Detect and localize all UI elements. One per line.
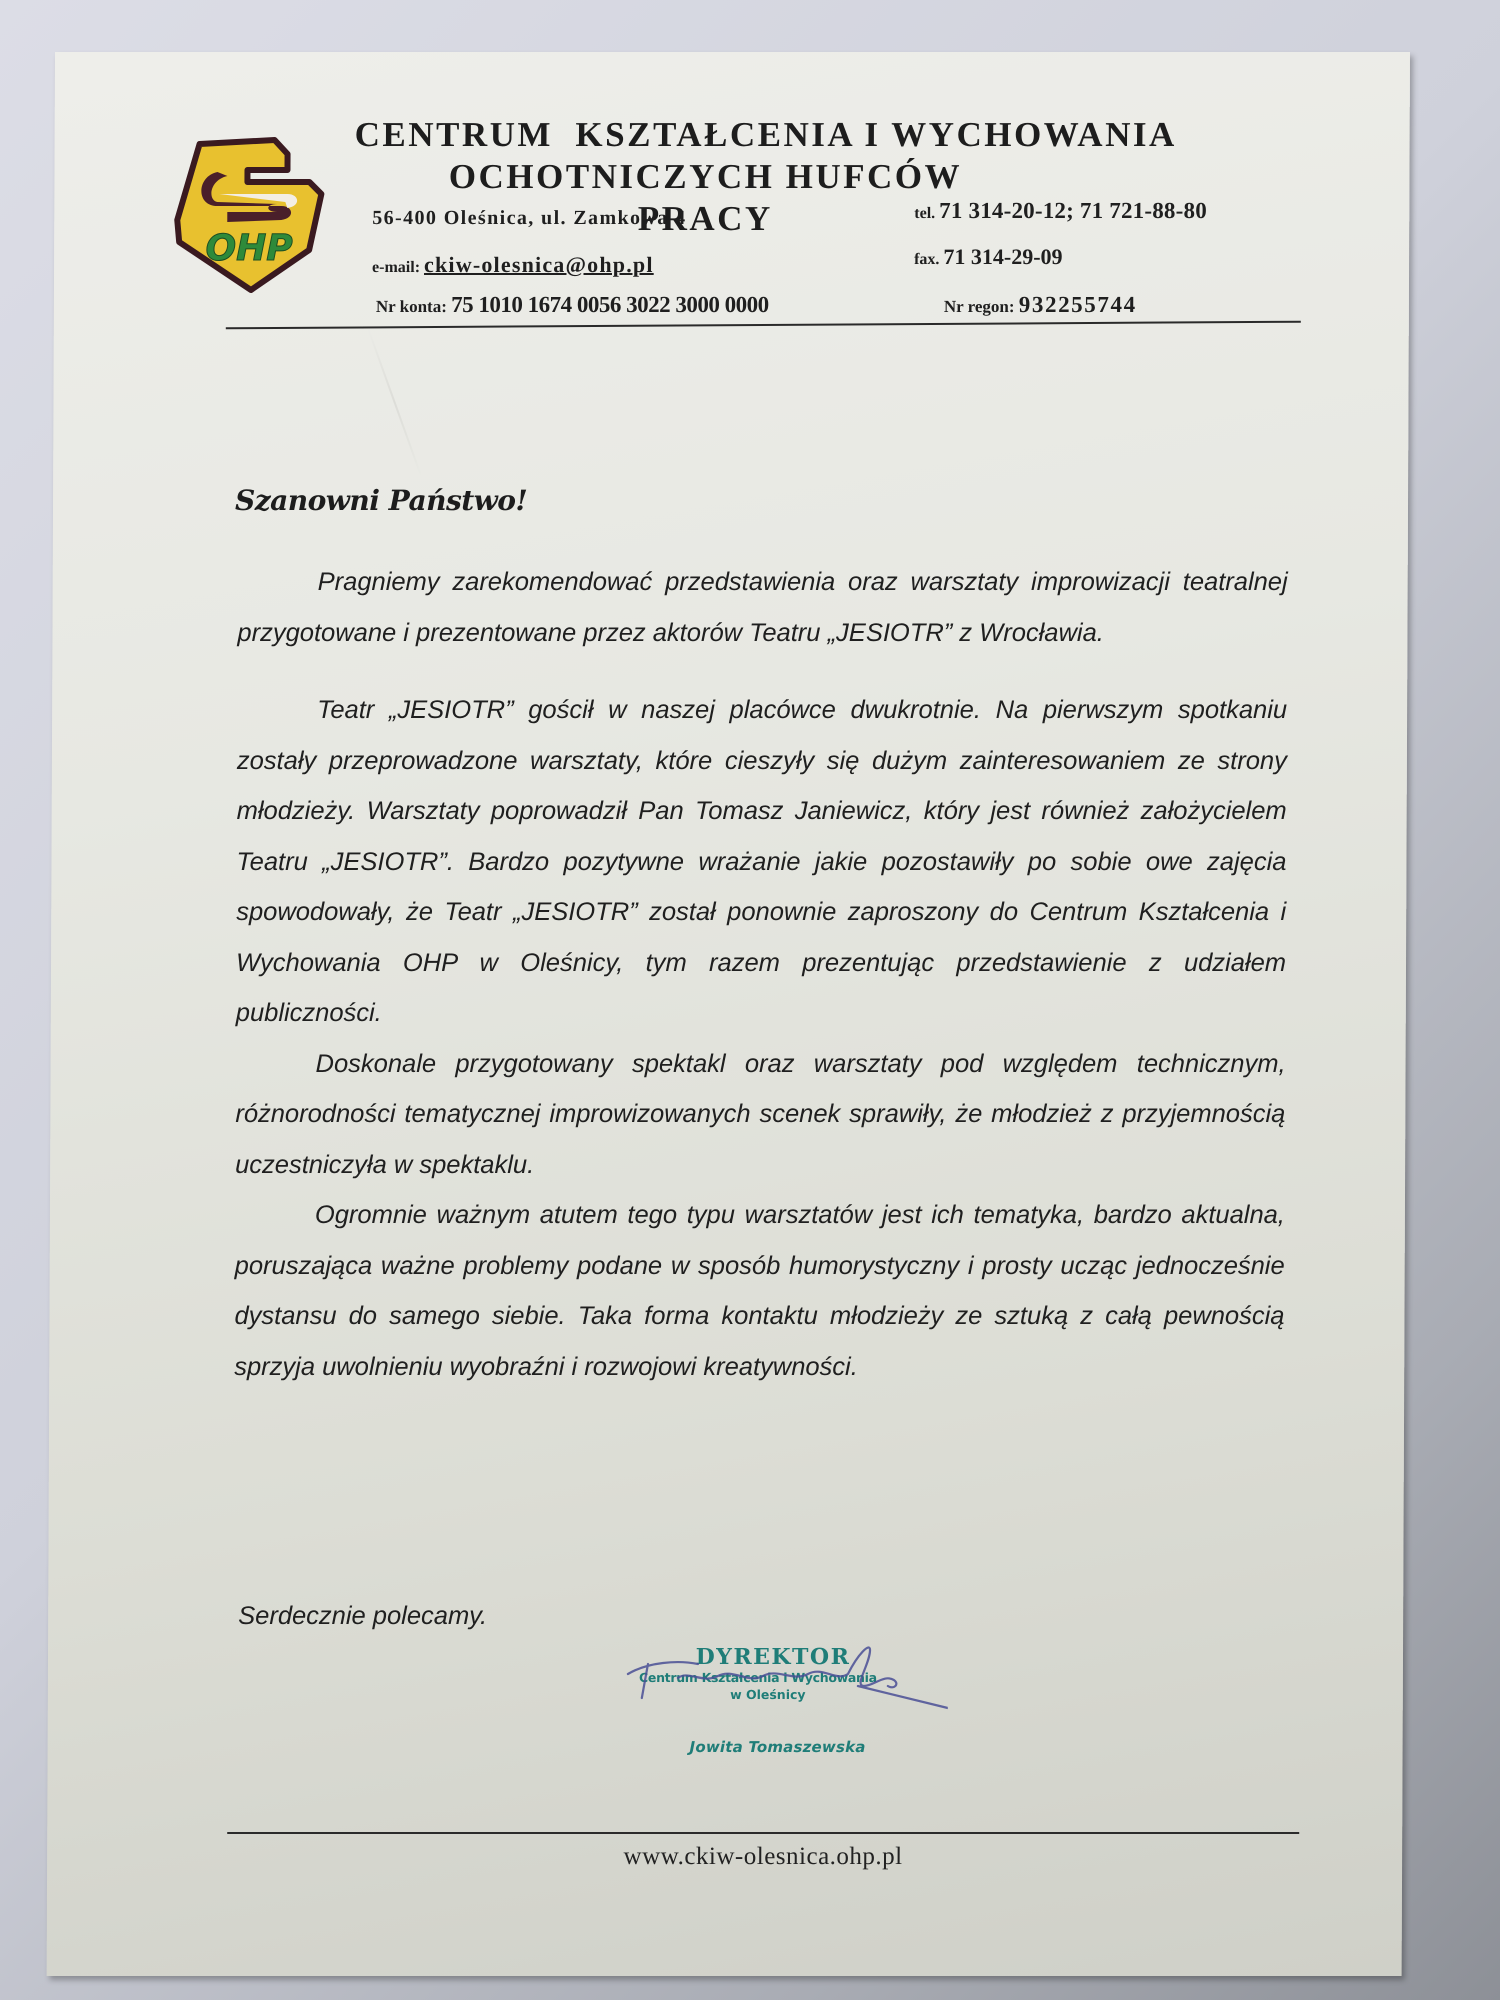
closing-phrase: Serdecznie polecamy. <box>238 1602 487 1631</box>
regon-line: Nr regon: 932255744 <box>944 292 1137 318</box>
phone-line: tel. 71 314-20-12; 71 721-88-80 <box>914 198 1207 224</box>
paragraph-2: Teatr „JESIOTR” gościł w naszej placówce… <box>236 685 1288 1039</box>
regon-label: Nr regon: <box>944 297 1015 316</box>
letter-body: Pragniemy zarekomendować przedstawienia … <box>234 557 1288 1392</box>
paper-crease <box>366 326 422 477</box>
bank-account-line: Nr konta: 75 1010 1674 0056 3022 3000 00… <box>376 292 769 318</box>
paragraph-3: Doskonale przygotowany spektakl oraz war… <box>235 1039 1286 1191</box>
stamp-title: DYREKTOR <box>673 1644 873 1670</box>
phone-label: tel. <box>914 205 935 222</box>
bank-account-label: Nr konta: <box>376 297 447 316</box>
stamp-name: Jowita Tomaszewska <box>658 1738 898 1756</box>
stamp-organization: Centrum Kształcenia i Wychowania <box>608 1670 908 1685</box>
fax-line: fax. 71 314-29-09 <box>914 244 1063 270</box>
header-divider <box>226 321 1301 330</box>
paragraph-4: Ogromnie ważnym atutem tego typu warszta… <box>234 1190 1285 1392</box>
paragraph-1: Pragniemy zarekomendować przedstawienia … <box>237 557 1287 658</box>
bank-account-value: 75 1010 1674 0056 3022 3000 0000 <box>451 292 769 317</box>
stamp-city: w Oleśnicy <box>698 1687 838 1702</box>
director-stamp: DYREKTOR Centrum Kształcenia i Wychowani… <box>617 1642 958 1772</box>
svg-text:OHP: OHP <box>205 228 292 269</box>
fax-value: 71 314-29-09 <box>943 244 1062 269</box>
ohp-shield-logo-icon: OHP <box>169 132 330 297</box>
letter-page: OHP CENTRUM KSZTAŁCENIA I WYCHOWANIA OCH… <box>47 52 1410 1976</box>
email-link[interactable]: ckiw-olesnica@ohp.pl <box>424 252 654 277</box>
fax-label: fax. <box>914 251 939 268</box>
footer-divider <box>227 1832 1299 1834</box>
phone-value: 71 314-20-12; 71 721-88-80 <box>939 198 1207 223</box>
organization-title-line1: CENTRUM KSZTAŁCENIA I WYCHOWANIA <box>355 115 1177 154</box>
address: 56-400 Oleśnica, ul. Zamkowa 4 <box>372 207 686 230</box>
regon-value: 932255744 <box>1019 292 1137 317</box>
email-line: e-mail: ckiw-olesnica@ohp.pl <box>372 252 654 278</box>
greeting: Szanowni Państwo! <box>235 484 527 517</box>
email-label: e-mail: <box>372 259 420 276</box>
footer-website-link[interactable]: www.ckiw-olesnica.ohp.pl <box>227 1843 1299 1871</box>
